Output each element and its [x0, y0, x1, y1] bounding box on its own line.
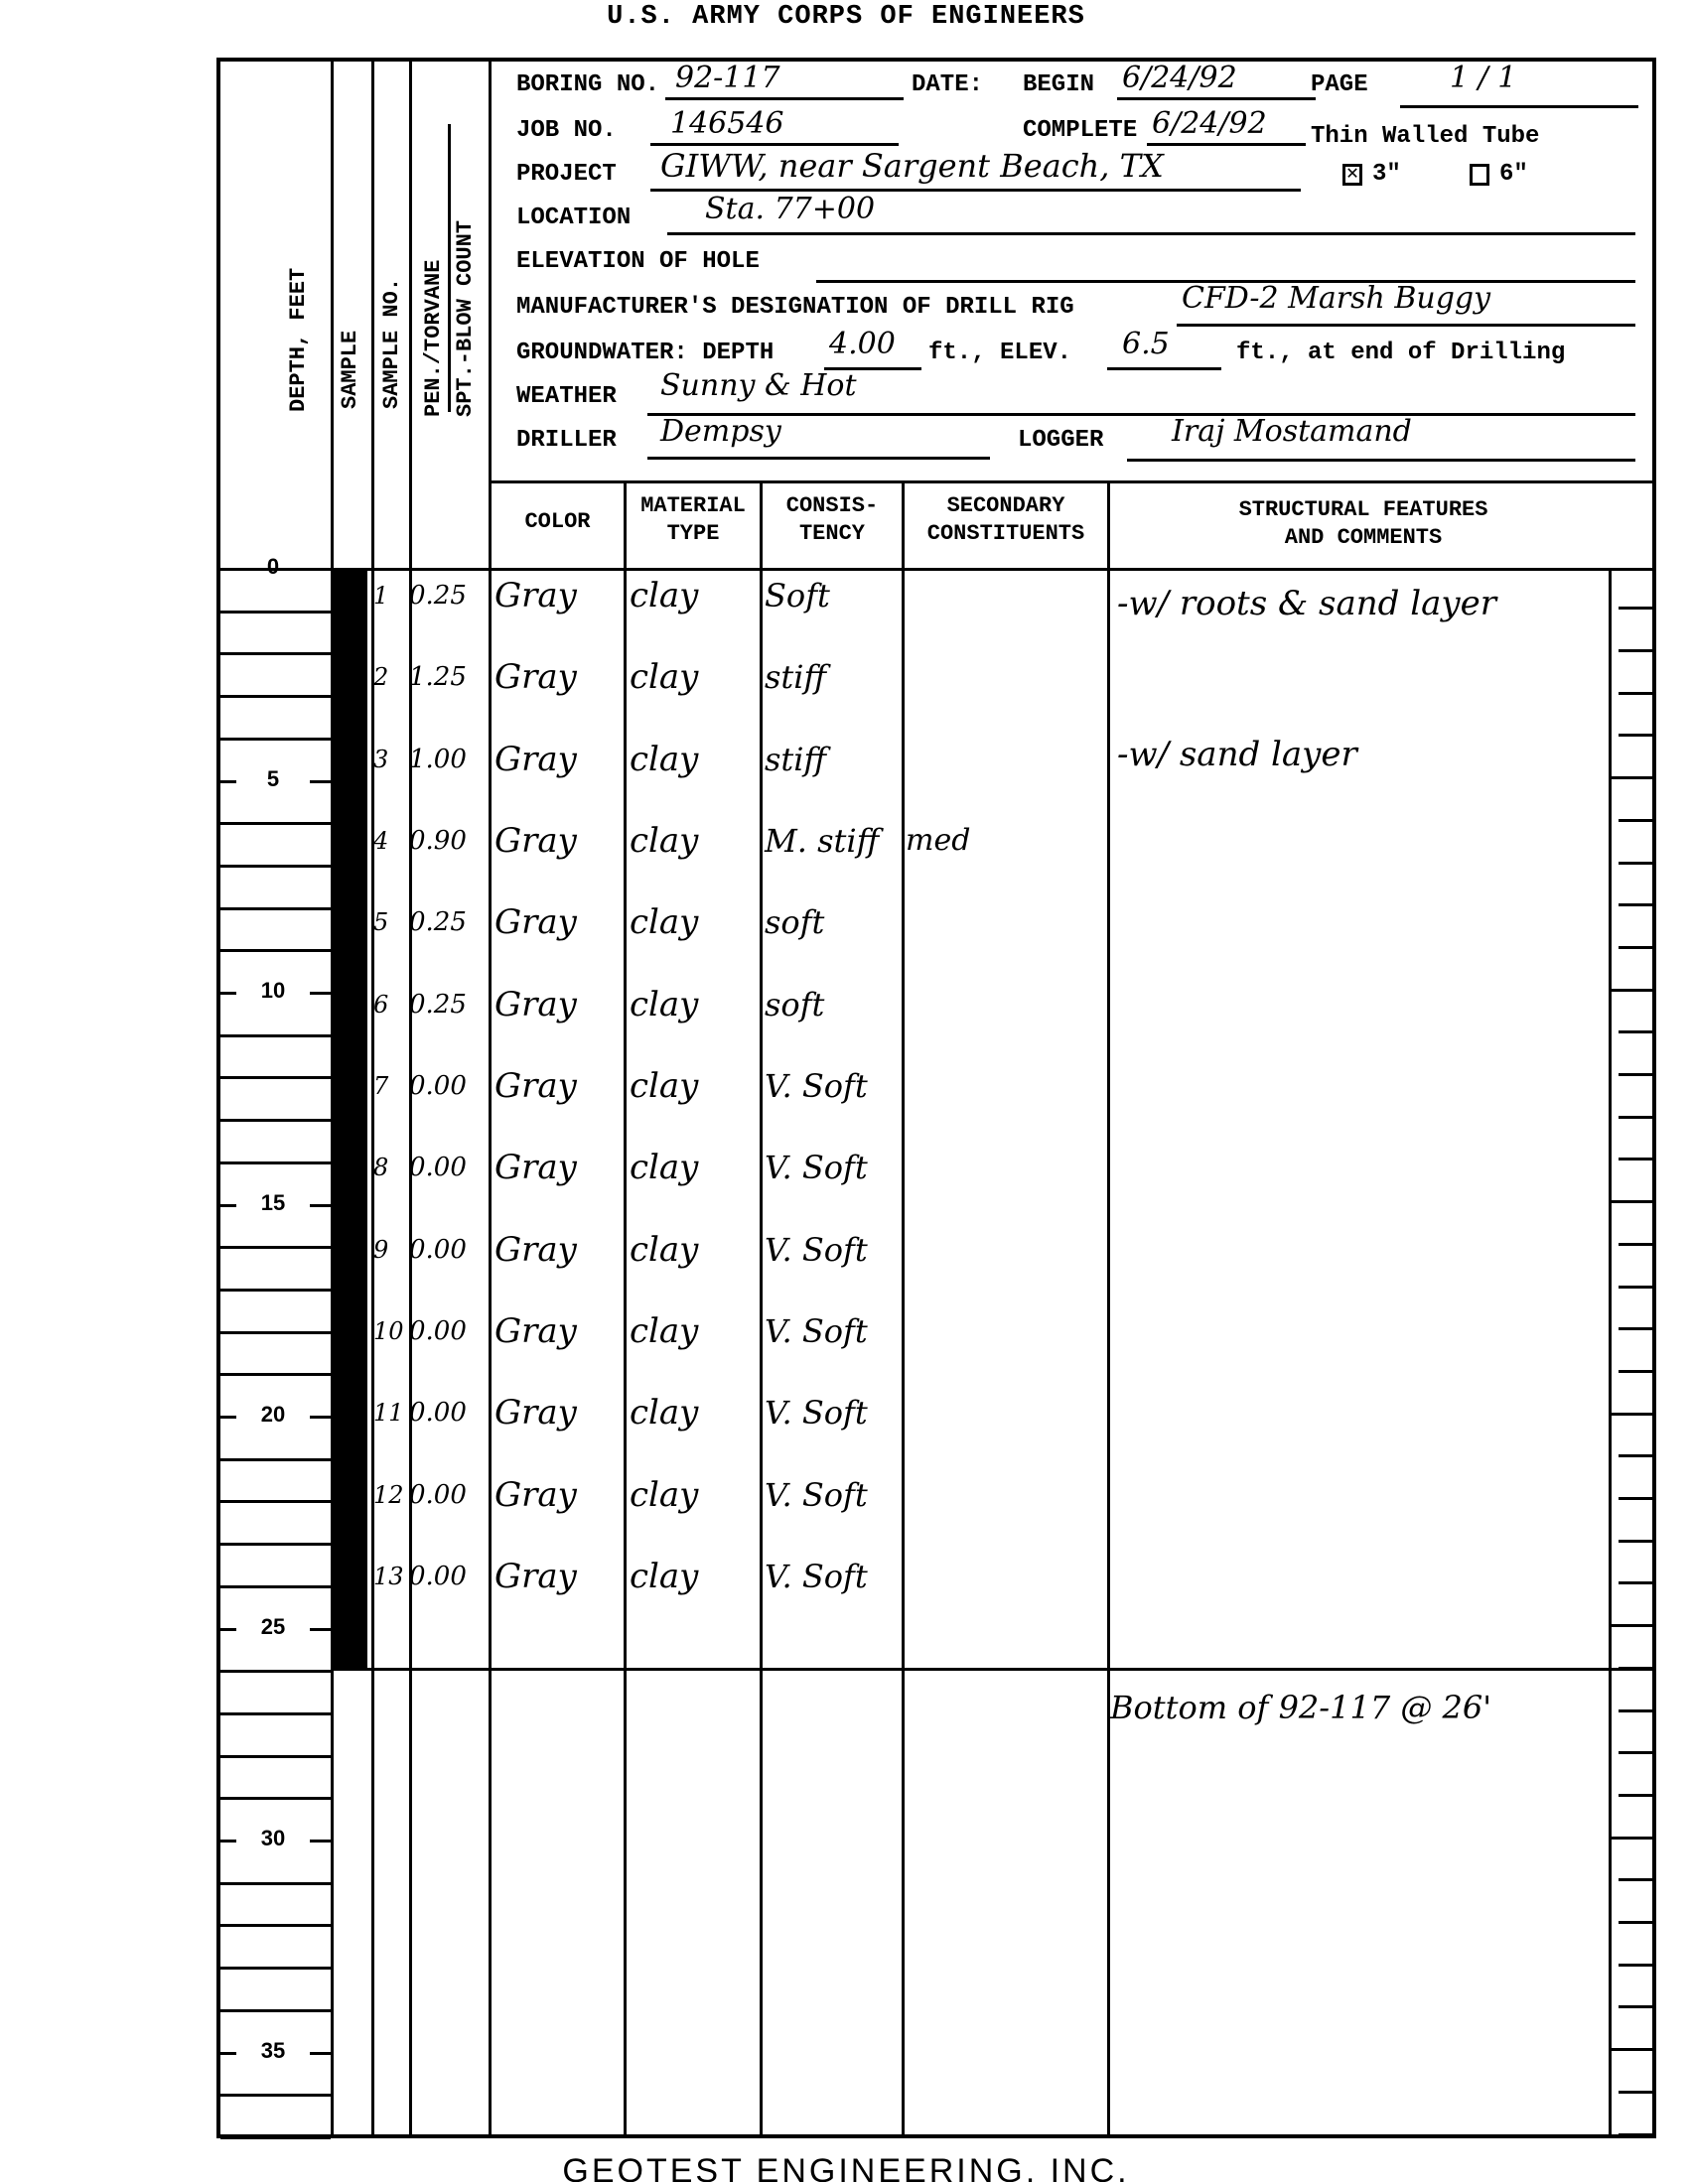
- complete-underline: [1147, 143, 1306, 146]
- consistency-header-line2: TENCY: [763, 520, 902, 548]
- groundwater-suffix: ft., at end of Drilling: [1236, 340, 1565, 366]
- right-major-tick: [1611, 1413, 1654, 1416]
- depth-major-tick-right: [310, 1628, 331, 1631]
- right-minor-tick: [1619, 692, 1654, 695]
- right-major-tick: [1611, 2048, 1654, 2051]
- color-cell: Gray: [494, 1557, 577, 1596]
- depth-minor-tick: [220, 1797, 331, 1800]
- divider-pen-color: [489, 58, 492, 2138]
- right-minor-tick: [1619, 2005, 1654, 2008]
- footer-company-name: GEOTEST ENGINEERING, INC.: [0, 2152, 1692, 2182]
- project-label: PROJECT: [516, 161, 617, 188]
- material-type-cell: clay: [630, 1148, 698, 1187]
- right-minor-tick: [1619, 946, 1654, 949]
- depth-minor-tick: [220, 2094, 331, 2097]
- groundwater-elev-label: ft., ELEV.: [928, 340, 1071, 366]
- depth-minor-tick: [220, 1585, 331, 1588]
- right-minor-tick: [1619, 1243, 1654, 1246]
- consistency-cell: V. Soft: [765, 1230, 868, 1270]
- color-cell: Gray: [494, 1393, 577, 1433]
- depth-minor-tick: [220, 1924, 331, 1927]
- depth-major-tick-right: [310, 1840, 331, 1843]
- depth-major-tick-left: [220, 568, 236, 571]
- pen-torvane-cell: 0.00: [409, 1148, 467, 1187]
- material-type-cell: clay: [630, 576, 698, 615]
- boring-no-label: BORING NO.: [516, 71, 659, 98]
- depth-major-tick-right: [310, 568, 331, 571]
- pen-torvane-cell: 1.00: [409, 740, 467, 779]
- right-minor-tick: [1619, 1921, 1654, 1924]
- sampled-interval-bar: [334, 568, 367, 1670]
- pen-torvane-cell: 0.00: [409, 1557, 467, 1596]
- color-cell: Gray: [494, 740, 577, 779]
- depth-minor-tick: [220, 1373, 331, 1376]
- material-type-cell: clay: [630, 821, 698, 861]
- sample-no-header: SAMPLE NO.: [379, 278, 404, 409]
- right-minor-tick: [1619, 1073, 1654, 1076]
- right-major-tick: [1611, 1200, 1654, 1203]
- drill-rig-value[interactable]: CFD-2 Marsh Buggy: [1182, 284, 1490, 314]
- sample-no-cell: 2: [373, 657, 388, 697]
- depth-minor-tick: [220, 695, 331, 698]
- driller-value[interactable]: Dempsy: [660, 417, 781, 447]
- pen-spt-fraction-line: [448, 124, 451, 412]
- material-type-cell: clay: [630, 1475, 698, 1515]
- structural-header-line2: AND COMMENTS: [1110, 524, 1617, 552]
- depth-major-tick-right: [310, 2052, 331, 2055]
- color-cell: Gray: [494, 1311, 577, 1351]
- location-underline: [667, 232, 1635, 235]
- pen-torvane-cell: 0.90: [409, 821, 467, 861]
- pen-torvane-cell: 0.00: [409, 1311, 467, 1351]
- job-no-value[interactable]: 146546: [670, 109, 784, 139]
- right-major-tick: [1611, 776, 1654, 779]
- depth-minor-tick: [220, 1034, 331, 1037]
- right-minor-tick: [1619, 1667, 1654, 1670]
- color-cell: Gray: [494, 1230, 577, 1270]
- depth-minor-tick: [220, 1500, 331, 1503]
- drill-rig-label: MANUFACTURER'S DESIGNATION OF DRILL RIG: [516, 294, 1074, 321]
- sample-no-cell: 9: [373, 1230, 388, 1270]
- groundwater-elev-underline: [1107, 367, 1221, 370]
- job-no-underline: [650, 143, 899, 146]
- material-type-cell: clay: [630, 902, 698, 942]
- right-minor-tick: [1619, 1327, 1654, 1330]
- color-cell: Gray: [494, 1148, 577, 1187]
- sample-no-cell: 13: [373, 1557, 404, 1596]
- right-minor-tick: [1619, 1497, 1654, 1500]
- material-type-cell: clay: [630, 985, 698, 1024]
- right-minor-tick: [1619, 903, 1654, 906]
- depth-label: 10: [253, 978, 293, 1004]
- sample-no-cell: 6: [373, 985, 388, 1024]
- tube-6in-checkbox[interactable]: [1470, 164, 1489, 186]
- right-minor-tick: [1619, 734, 1654, 737]
- material-header-line1: MATERIAL: [627, 492, 760, 520]
- depth-major-tick-right: [310, 780, 331, 783]
- depth-label: 15: [253, 1190, 293, 1216]
- right-minor-tick: [1619, 1581, 1654, 1584]
- sample-header: SAMPLE: [338, 331, 362, 409]
- comment-sand-layer: -w/ sand layer: [1117, 735, 1357, 774]
- driller-label: DRILLER: [516, 427, 617, 454]
- weather-label: WEATHER: [516, 383, 617, 410]
- consistency-header-line1: CONSIS-: [763, 492, 902, 520]
- depth-minor-tick: [220, 1076, 331, 1079]
- right-minor-tick: [1619, 1116, 1654, 1119]
- right-minor-tick: [1619, 1158, 1654, 1160]
- depth-label: 20: [253, 1402, 293, 1428]
- sample-no-cell: 4: [373, 821, 388, 861]
- depth-minor-tick: [220, 822, 331, 825]
- drill-rig-underline: [1177, 324, 1635, 327]
- consistency-cell: V. Soft: [765, 1311, 868, 1351]
- depth-minor-tick: [220, 2136, 331, 2139]
- depth-minor-tick: [220, 865, 331, 868]
- pen-torvane-header: PEN./TORVANE: [421, 260, 446, 417]
- pen-torvane-cell: 1.25: [409, 657, 467, 697]
- divider-structural-scale: [1609, 568, 1612, 2138]
- consistency-header: CONSIS- TENCY: [763, 492, 902, 548]
- consistency-cell: stiff: [765, 740, 826, 779]
- begin-date-value[interactable]: 6/24/92: [1122, 64, 1237, 93]
- sample-no-cell: 1: [373, 576, 388, 615]
- depth-major-tick-left: [220, 1840, 236, 1843]
- depth-minor-tick: [220, 1289, 331, 1292]
- material-type-cell: clay: [630, 657, 698, 697]
- divider-color-material: [624, 480, 627, 2138]
- depth-minor-tick: [220, 1246, 331, 1249]
- sample-no-cell: 12: [373, 1475, 404, 1515]
- sample-no-cell: 5: [373, 902, 388, 942]
- material-type-header: MATERIAL TYPE: [627, 492, 760, 548]
- right-minor-tick: [1619, 1878, 1654, 1881]
- consistency-cell: V. Soft: [765, 1066, 868, 1106]
- color-cell: Gray: [494, 1066, 577, 1106]
- page-value[interactable]: 1 / 1: [1450, 64, 1516, 93]
- material-type-cell: clay: [630, 1393, 698, 1433]
- consistency-cell: Soft: [765, 576, 830, 615]
- begin-underline: [1117, 97, 1316, 100]
- page-label: PAGE: [1311, 71, 1368, 98]
- depth-minor-tick: [220, 652, 331, 655]
- sample-no-cell: 8: [373, 1148, 388, 1187]
- depth-major-tick-left: [220, 2052, 236, 2055]
- right-minor-tick: [1619, 1751, 1654, 1754]
- right-minor-tick: [1619, 649, 1654, 652]
- elevation-label: ELEVATION OF HOLE: [516, 248, 760, 275]
- depth-feet-header: DEPTH, FEET: [286, 268, 311, 412]
- secondary-header-line2: CONSTITUENTS: [905, 520, 1107, 548]
- color-cell: Gray: [494, 576, 577, 615]
- depth-label: 5: [253, 766, 293, 792]
- right-minor-tick: [1619, 607, 1654, 610]
- divider-header-table: [489, 480, 1656, 483]
- depth-minor-tick: [220, 907, 331, 910]
- thin-walled-tube-label: Thin Walled Tube: [1311, 123, 1539, 150]
- date-label: DATE:: [912, 71, 983, 98]
- right-minor-tick: [1619, 1709, 1654, 1712]
- secondary-constituents-header: SECONDARY CONSTITUENTS: [905, 492, 1107, 548]
- consistency-cell: M. stiff: [765, 821, 879, 861]
- depth-label: 25: [253, 1614, 293, 1640]
- color-cell: Gray: [494, 657, 577, 697]
- right-minor-tick: [1619, 1540, 1654, 1543]
- tube-3in-label: 3": [1372, 161, 1401, 188]
- material-type-cell: clay: [630, 1311, 698, 1351]
- divider-secondary-structural: [1107, 480, 1110, 2138]
- depth-minor-tick: [220, 1161, 331, 1164]
- right-minor-tick: [1619, 1286, 1654, 1289]
- color-cell: Gray: [494, 902, 577, 942]
- pen-torvane-cell: 0.25: [409, 902, 467, 942]
- divider-column-headers: [216, 568, 1656, 571]
- consistency-cell: V. Soft: [765, 1148, 868, 1187]
- secondary-constituents-cell: med: [906, 821, 970, 861]
- depth-minor-tick: [220, 1543, 331, 1546]
- depth-minor-tick: [220, 1670, 331, 1673]
- consistency-cell: stiff: [765, 657, 826, 697]
- consistency-cell: V. Soft: [765, 1557, 868, 1596]
- depth-minor-tick: [220, 949, 331, 952]
- groundwater-label: GROUNDWATER: DEPTH: [516, 340, 774, 366]
- pen-torvane-cell: 0.25: [409, 576, 467, 615]
- right-major-tick: [1611, 1837, 1654, 1840]
- structural-features-header: STRUCTURAL FEATURES AND COMMENTS: [1110, 496, 1617, 552]
- logger-underline: [1127, 459, 1635, 462]
- location-value[interactable]: Sta. 77+00: [705, 195, 875, 224]
- groundwater-depth-value[interactable]: 4.00: [829, 330, 896, 359]
- weather-value[interactable]: Sunny & Hot: [660, 371, 857, 401]
- color-header: COLOR: [492, 508, 624, 536]
- boring-no-underline: [665, 97, 904, 100]
- depth-minor-tick: [220, 1331, 331, 1334]
- groundwater-elev-value[interactable]: 6.5: [1122, 330, 1170, 359]
- depth-minor-tick: [220, 738, 331, 741]
- consistency-cell: soft: [765, 985, 824, 1024]
- page-underline: [1400, 105, 1638, 108]
- pen-torvane-cell: 0.00: [409, 1230, 467, 1270]
- material-header-line2: TYPE: [627, 520, 760, 548]
- pen-torvane-cell: 0.00: [409, 1475, 467, 1515]
- material-type-cell: clay: [630, 740, 698, 779]
- depth-major-tick-right: [310, 1204, 331, 1207]
- right-minor-tick: [1619, 1370, 1654, 1373]
- weather-underline: [647, 413, 1635, 416]
- right-minor-tick: [1619, 1794, 1654, 1797]
- depth-label: 0: [253, 554, 293, 580]
- depth-minor-tick: [220, 1755, 331, 1758]
- depth-major-tick-left: [220, 1204, 236, 1207]
- depth-minor-tick: [220, 1967, 331, 1970]
- color-cell: Gray: [494, 821, 577, 861]
- right-minor-tick: [1619, 1454, 1654, 1457]
- color-cell: Gray: [494, 985, 577, 1024]
- complete-label: COMPLETE: [1023, 117, 1137, 144]
- complete-date-value[interactable]: 6/24/92: [1152, 109, 1267, 139]
- right-minor-tick: [1619, 862, 1654, 865]
- consistency-cell: V. Soft: [765, 1393, 868, 1433]
- depth-label: 35: [253, 2038, 293, 2064]
- location-label: LOCATION: [516, 205, 631, 231]
- depth-major-tick-left: [220, 992, 236, 995]
- boring-no-value[interactable]: 92-117: [675, 64, 780, 93]
- material-type-cell: clay: [630, 1066, 698, 1106]
- right-minor-tick: [1619, 819, 1654, 822]
- boring-no-row: BORING NO.: [516, 71, 659, 98]
- driller-underline: [647, 457, 990, 460]
- depth-major-tick-left: [220, 1416, 236, 1419]
- sample-no-cell: 7: [373, 1066, 388, 1106]
- right-minor-tick: [1619, 1964, 1654, 1967]
- divider-bottom-of-samples: [331, 1668, 1656, 1671]
- right-minor-tick: [1619, 1030, 1654, 1033]
- depth-minor-tick: [220, 1882, 331, 1885]
- material-type-cell: clay: [630, 1557, 698, 1596]
- secondary-header-line1: SECONDARY: [905, 492, 1107, 520]
- consistency-cell: V. Soft: [765, 1475, 868, 1515]
- depth-label: 30: [253, 1826, 293, 1851]
- depth-minor-tick: [220, 1458, 331, 1461]
- sample-no-cell: 11: [373, 1393, 404, 1433]
- consistency-cell: soft: [765, 902, 824, 942]
- job-no-label: JOB NO.: [516, 117, 617, 144]
- right-minor-tick: [1619, 2091, 1654, 2094]
- logger-value[interactable]: Iraj Mostamand: [1172, 417, 1412, 447]
- agency-title: U.S. ARMY CORPS OF ENGINEERS: [0, 2, 1692, 32]
- pen-torvane-cell: 0.25: [409, 985, 467, 1024]
- depth-major-tick-left: [220, 780, 236, 783]
- divider-material-consistency: [760, 480, 763, 2138]
- depth-minor-tick: [220, 1712, 331, 1715]
- spt-blow-count-header: SPT.-BLOW COUNT: [453, 220, 478, 417]
- logger-label: LOGGER: [1018, 427, 1103, 454]
- comment-roots-sand: -w/ roots & sand layer: [1117, 584, 1496, 623]
- divider-consistency-secondary: [902, 480, 905, 2138]
- depth-minor-tick: [220, 1119, 331, 1122]
- sample-no-cell: 10: [373, 1311, 404, 1351]
- depth-major-tick-right: [310, 1416, 331, 1419]
- pen-torvane-cell: 0.00: [409, 1066, 467, 1106]
- depth-minor-tick: [220, 611, 331, 614]
- right-minor-tick: [1619, 2133, 1654, 2136]
- begin-label: BEGIN: [1023, 71, 1094, 98]
- depth-major-tick-left: [220, 1628, 236, 1631]
- material-type-cell: clay: [630, 1230, 698, 1270]
- tube-6in-label: 6": [1499, 161, 1528, 188]
- color-cell: Gray: [494, 1475, 577, 1515]
- sample-no-cell: 3: [373, 740, 388, 779]
- right-major-tick: [1611, 989, 1654, 992]
- right-major-tick: [1611, 1624, 1654, 1627]
- comment-bottom-of-boring: Bottom of 92-117 @ 26': [1110, 1688, 1491, 1727]
- pen-torvane-cell: 0.00: [409, 1393, 467, 1433]
- depth-major-tick-right: [310, 992, 331, 995]
- depth-minor-tick: [220, 2009, 331, 2012]
- structural-header-line1: STRUCTURAL FEATURES: [1110, 496, 1617, 524]
- tube-3in-checkbox[interactable]: ✕: [1342, 164, 1362, 186]
- project-value[interactable]: GIWW, near Sargent Beach, TX: [660, 151, 1164, 181]
